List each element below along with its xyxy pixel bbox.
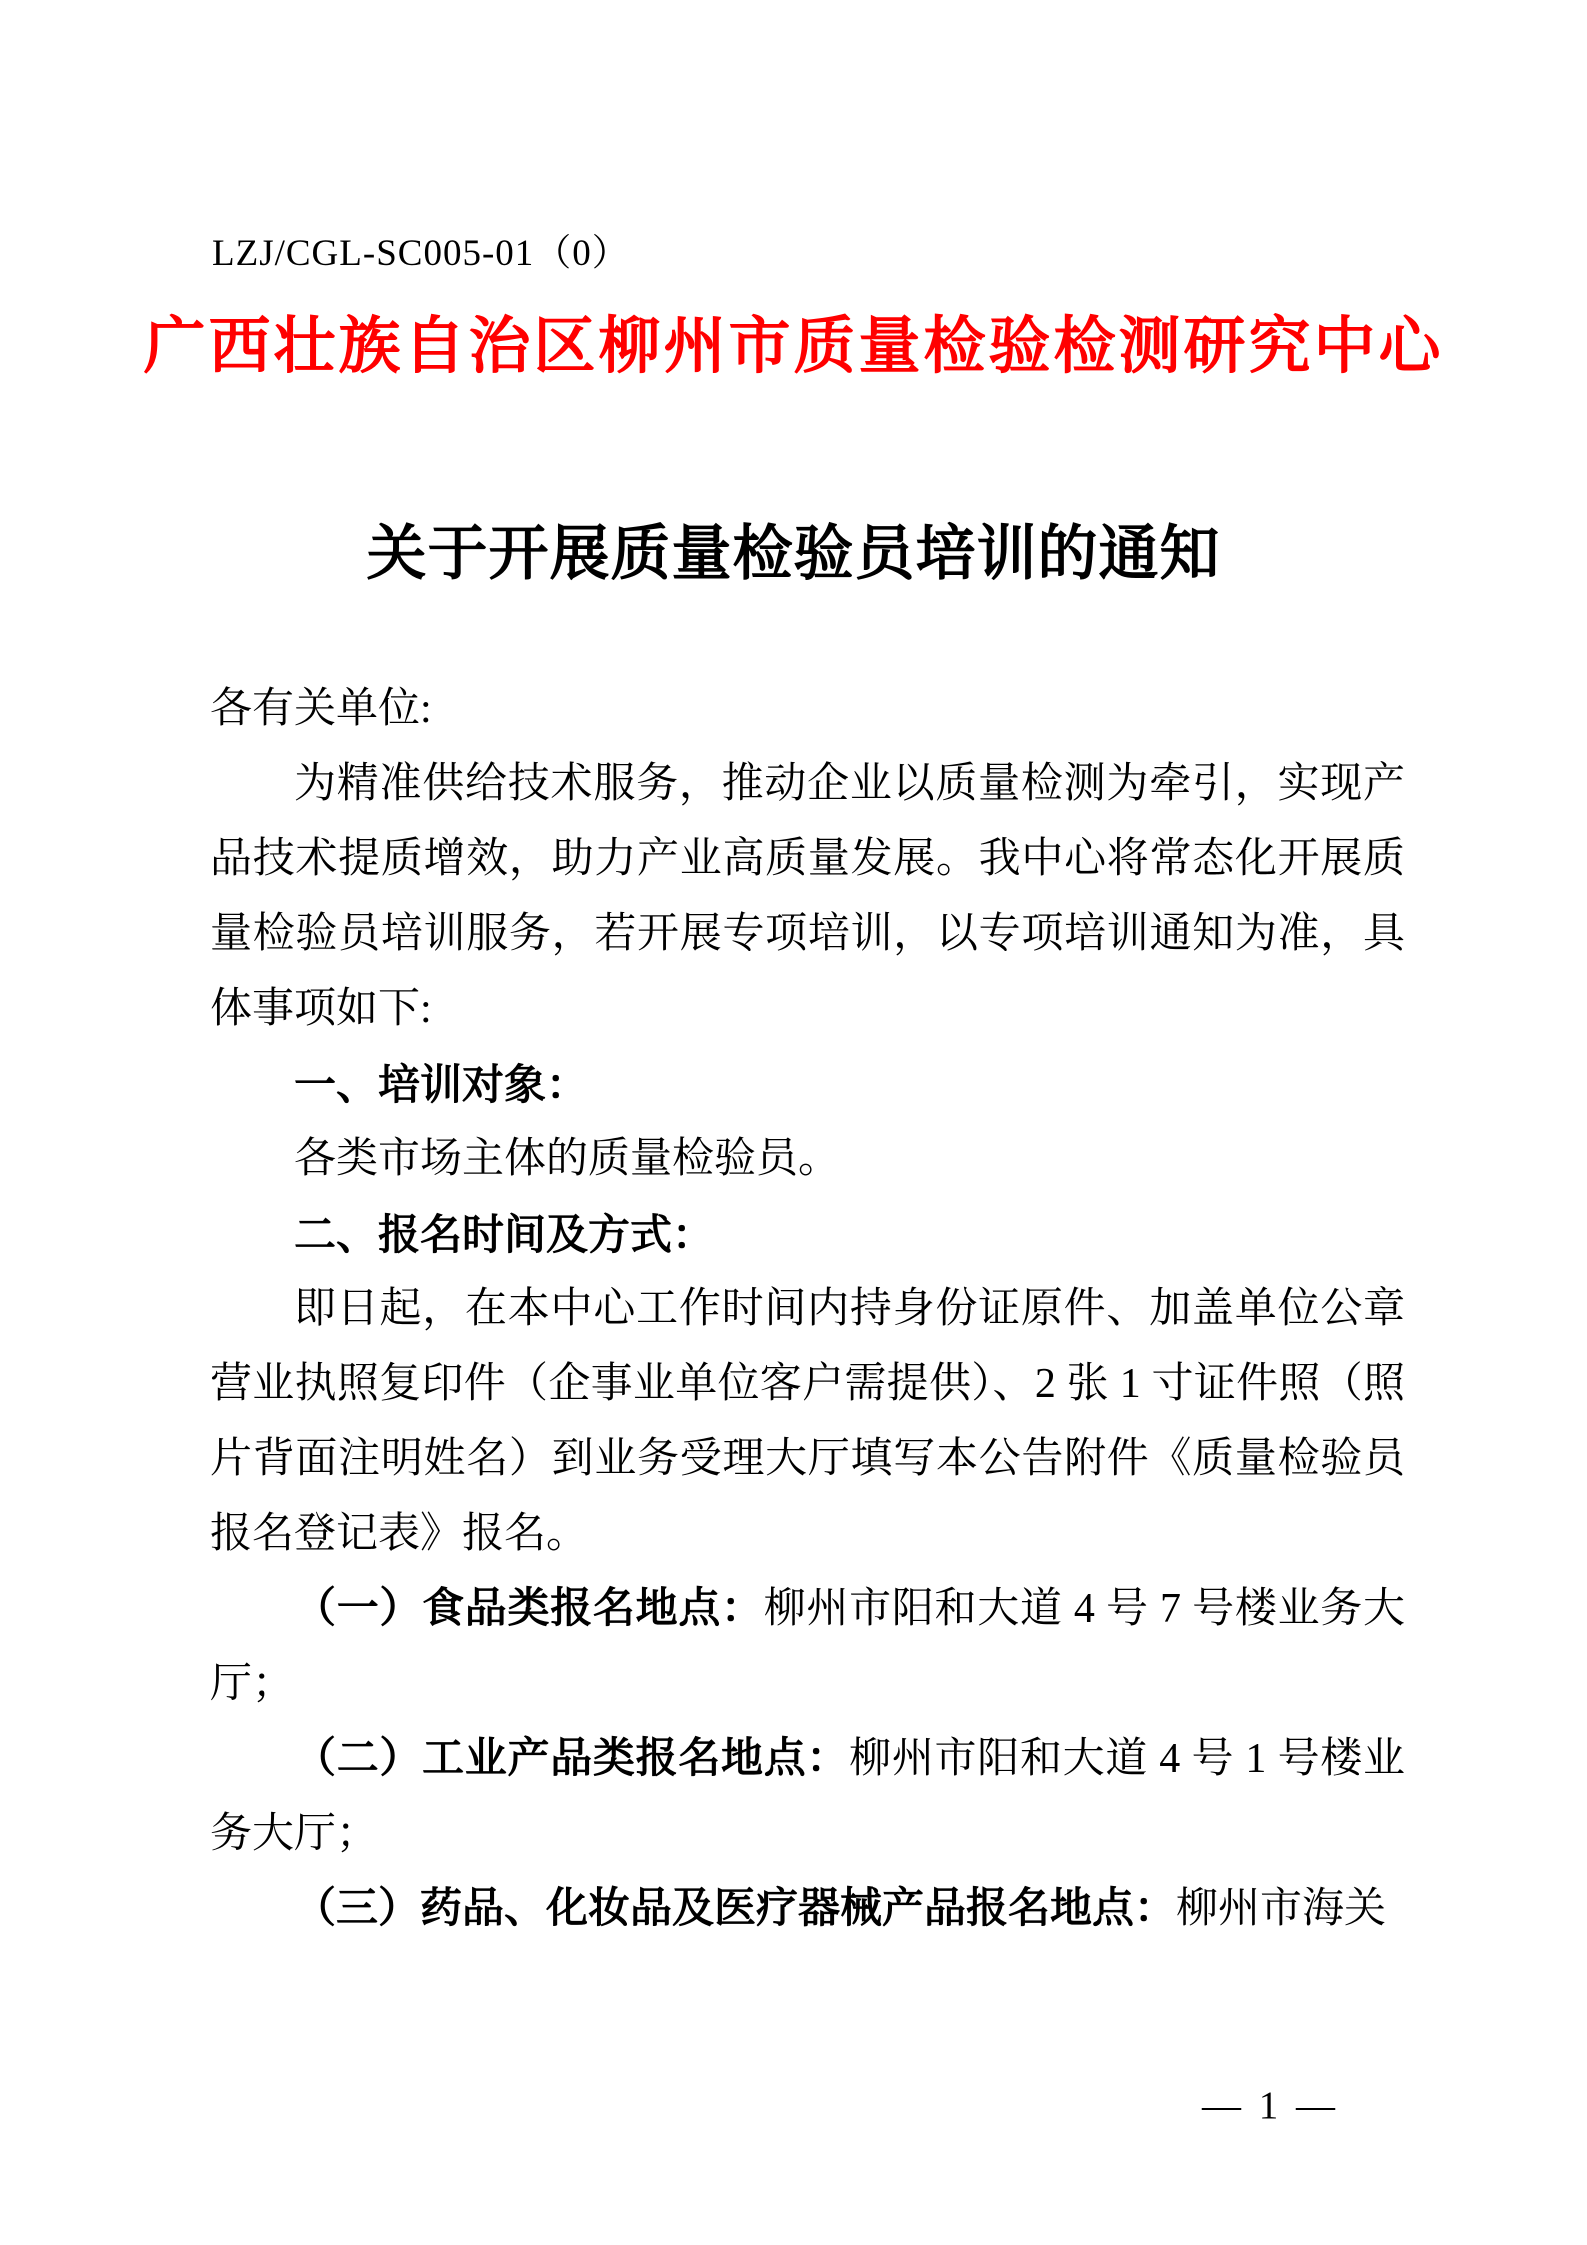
list-item-label: （三）药品、化妆品及医疗器械产品报名地点： [294,1886,1176,1932]
list-item-label: （一）食品类报名地点： [294,1586,764,1632]
doc-code: LZJ/CGL-SC005-01（0） [212,222,630,276]
document-body: 各有关单位: 为精准供给技术服务，推动企业以质量检测为牵引，实现产品技术提质增效… [210,672,1405,1947]
salutation: 各有关单位: [210,672,1405,747]
section-heading-signup: 二、报名时间及方式： [210,1197,1405,1272]
list-item-pharma-location: （三）药品、化妆品及医疗器械产品报名地点：柳州市海关 [210,1872,1405,1947]
org-title: 广西壮族自治区柳州市质量检验检测研究中心 [0,296,1587,385]
list-item-label: （二）工业产品类报名地点： [294,1736,849,1782]
section-heading-trainees: 一、培训对象： [210,1047,1405,1122]
paragraph-signup: 即日起，在本中心工作时间内持身份证原件、加盖单位公章营业执照复印件（企事业单位客… [210,1272,1405,1572]
list-item-industrial-location: （二）工业产品类报名地点：柳州市阳和大道 4 号 1 号楼业务大厅； [210,1722,1405,1872]
page-number: — 1 — [1202,2083,1339,2128]
paragraph-trainees: 各类市场主体的质量检验员。 [210,1122,1405,1197]
document-page: LZJ/CGL-SC005-01（0） 广西壮族自治区柳州市质量检验检测研究中心… [0,0,1587,2245]
doc-title: 关于开展质量检验员培训的通知 [0,506,1587,592]
list-item-text: 柳州市海关 [1176,1886,1386,1932]
list-item-food-location: （一）食品类报名地点：柳州市阳和大道 4 号 7 号楼业务大厅； [210,1572,1405,1722]
paragraph-intro: 为精准供给技术服务，推动企业以质量检测为牵引，实现产品技术提质增效，助力产业高质… [210,747,1405,1047]
